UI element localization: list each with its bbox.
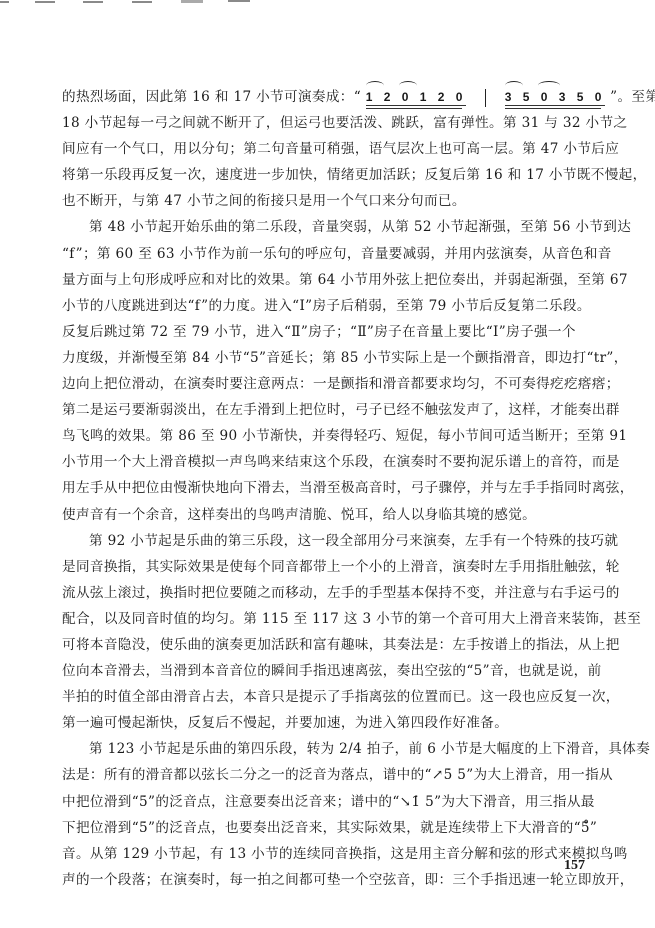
text-line: 声的一个段落；在演奏时，每一拍之间都可垫一个空弦音，即：三个手指迅速一轮立即放开… xyxy=(62,867,587,893)
text-line: 第一遍可慢起渐快，反复后不慢起，并要加速，为进入第四段作好准备。 xyxy=(62,710,587,736)
text-line: 18 小节起每一弓之间就不断开了，但运弓也要活泼、跳跃，富有弹性。第 31 与 … xyxy=(62,110,587,136)
text-line: 第 92 小节起是乐曲的第三乐段，这一段全部用分弓来演奏，左手有一个特殊的技巧就 xyxy=(62,528,587,554)
text-line: 配合，以及同音时值的均匀。第 115 至 117 这 3 小节的第一个音可用大上… xyxy=(62,606,587,632)
notation-digits: 3 5 0 3 5 0 xyxy=(505,90,606,104)
text-line: 用左手从中把位由慢渐快地向下滑去，当滑至极高音时，弓子骤停，并与左手手指同时离弦… xyxy=(62,475,587,501)
paragraph-1: 的热烈场面，因此第 16 和 17 小节可演奏成：“ 1 2 0 1 2 0 3… xyxy=(62,84,587,214)
text-line: “f”；第 60 至 63 小节作为前一乐句的呼应句，音量要减弱，并用内弦演奏，… xyxy=(62,241,587,267)
text-line: 小节用一个大上滑音模拟一声鸟鸣来结束这个乐段，在演奏时不要拘泥乐谱上的音符，而是 xyxy=(62,449,587,475)
text-line: 第 123 小节起是乐曲的第四乐段，转为 2/4 拍子，前 6 小节是大幅度的上… xyxy=(62,736,587,762)
text-line: 音。从第 129 小节起，有 13 小节的连续同音换指，这是用主音分解和弦的形式… xyxy=(62,841,587,867)
text-line: 量方面与上句形成呼应和对比的效果。第 64 小节用外弦上把位奏出，并弱起渐强，至… xyxy=(62,267,587,293)
text-line: 位向本音滑去，当滑到本音音位的瞬间手指迅速离弦，奏出空弦的“5”音，也就是说，前 xyxy=(62,658,587,684)
text-line: 将第一乐段再反复一次，速度进一步加快，情绪更加活跃；反复后第 16 和 17 小… xyxy=(62,162,587,188)
paragraph-4: 第 123 小节起是乐曲的第四乐段，转为 2/4 拍子，前 6 小节是大幅度的上… xyxy=(62,736,587,893)
text-line: 中把位滑到“5̇”的泛音点，注意要奏出泛音来；谱中的“↘1̇ 5”为大下滑音，用… xyxy=(62,789,587,815)
text-line: 鸟飞鸣的效果。第 86 至 90 小节渐快，并奏得轻巧、短促，每小节间可适当断开… xyxy=(62,423,587,449)
text-line: 流从弦上滚过，换指时把位要随之而移动，左手的手型基本保持不变，并注意与右手运弓的 xyxy=(62,580,587,606)
slur-arc xyxy=(538,81,560,90)
slur-arc xyxy=(399,81,417,90)
text-line: 边向上把位滑动，在演奏时要注意两点：一是颤指和滑音都要求均匀，不可奏得疙疙瘩瘩； xyxy=(62,371,587,397)
text-line: 的热烈场面，因此第 16 和 17 小节可演奏成：“ 1 2 0 1 2 0 3… xyxy=(62,84,587,110)
text-line: 反复后跳过第 72 至 79 小节，进入“Ⅱ”房子；“Ⅱ”房子在音量上要比“Ⅰ”… xyxy=(62,319,587,345)
text-line: 是同音换指，其实际效果是使每个同音都带上一个小的上滑音，演奏时左手用指肚触弦，轮 xyxy=(62,554,587,580)
jianpu-notation-b: 3 5 0 3 5 0 xyxy=(505,90,606,106)
page-number: 157 xyxy=(564,858,585,874)
paragraph-2: 第 48 小节起开始乐曲的第二乐段，音量突弱，从第 52 小节起渐强，至第 56… xyxy=(62,214,587,527)
text-line: 使声音有一个余音，这样奏出的鸟鸣声清脆、悦耳，给人以身临其境的感觉。 xyxy=(62,502,587,528)
paragraph-3: 第 92 小节起是乐曲的第三乐段，这一段全部用分弓来演奏，左手有一个特殊的技巧就… xyxy=(62,528,587,737)
text-line: 力度级，并渐慢至第 84 小节“5̄”音延长；第 85 小节实际上是一个颤指滑音… xyxy=(62,345,587,371)
jianpu-notation-a: 1 2 0 1 2 0 xyxy=(366,90,467,106)
slur-arc xyxy=(366,81,384,90)
text-line: 第二是运弓要渐弱淡出，在左手滑到上把位时，弓子已经不触弦发声了，这样，才能奏出群 xyxy=(62,397,587,423)
text-line: 间应有一个气口，用以分句；第二句音量可稍强，语气层次上也可高一层。第 47 小节… xyxy=(62,136,587,162)
slur-arc xyxy=(505,81,523,90)
text-line: 法是：所有的滑音都以弦长二分之一的泛音为落点，谱中的“↗5̇ 5”为大上滑音，用… xyxy=(62,762,587,788)
text-segment: 的热烈场面，因此第 16 和 17 小节可演奏成：“ xyxy=(62,89,361,105)
text-line: 可将本音隐没，使乐曲的演奏更加活跃和富有趣味，其奏法是：左手按谱上的指法，从上把 xyxy=(62,632,587,658)
notation-digits: 1 2 0 1 2 0 xyxy=(366,90,467,104)
scan-edge-marks xyxy=(0,0,260,6)
document-page: 的热烈场面，因此第 16 和 17 小节可演奏成：“ 1 2 0 1 2 0 3… xyxy=(62,84,587,893)
text-line: 半拍的时值全部由滑音占去，本音只是提示了手指离弦的位置而已。这一段也应反复一次， xyxy=(62,684,587,710)
text-line: 第 48 小节起开始乐曲的第二乐段，音量突弱，从第 52 小节起渐强，至第 56… xyxy=(62,214,587,240)
text-line: 下把位滑到“5̇”的泛音点，也要奏出泛音来，其实际效果，就是连续带上下大滑音的“… xyxy=(62,815,587,841)
bar-line xyxy=(485,89,486,107)
text-line: 也不断开，与第 47 小节之间的衔接只是用一个气口来分句而已。 xyxy=(62,188,587,214)
text-line: 小节的八度跳进到达“f”的力度。进入“Ⅰ”房子后稍弱，至第 79 小节后反复第二… xyxy=(62,293,587,319)
text-segment: ”。至第 xyxy=(610,89,655,105)
